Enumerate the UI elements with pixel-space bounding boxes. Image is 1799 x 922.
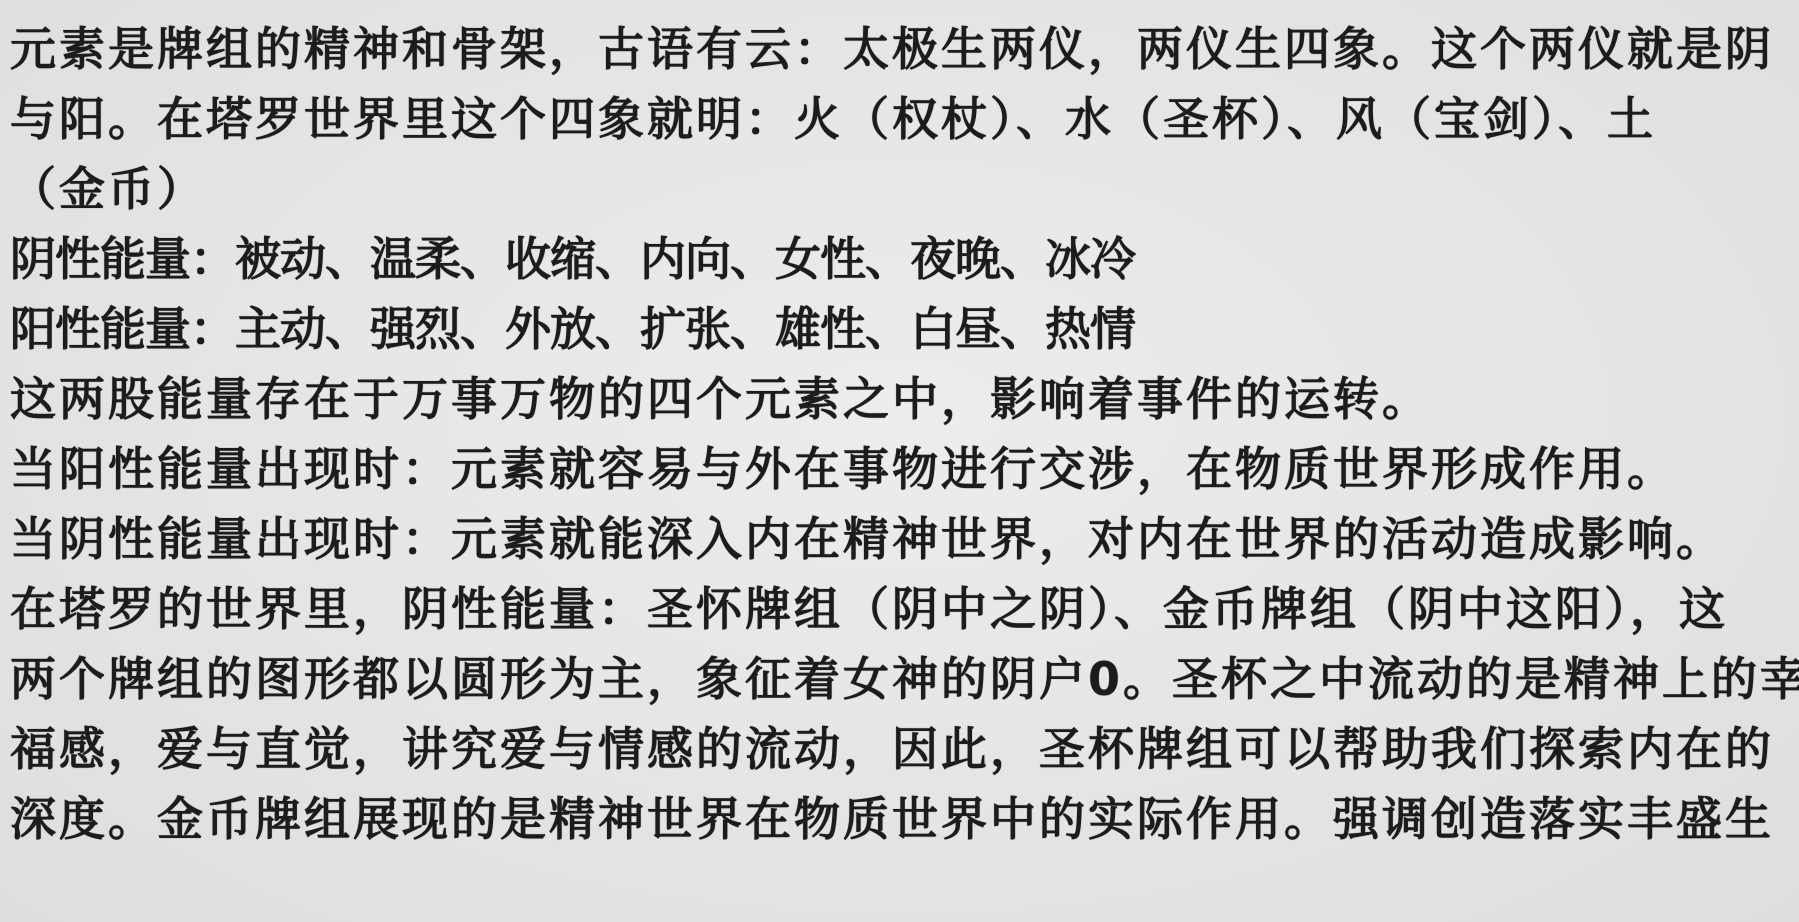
text-line-intro-3: （金币） [10,154,1791,224]
text-line-intro-2: 与阳。在塔罗世界里这个四象就明：火（权杖）、水（圣杯）、风（宝剑）、土 [10,84,1791,154]
text-line-tarot-yin-2: 两个牌组的图形都以圆形为主，象征着女神的阴户0。圣杯之中流动的是精神上的幸 [10,644,1791,714]
text-line-pentacles: 深度。金币牌组展现的是精神世界在物质世界中的实际作用。强调创造落实丰盛生 [10,784,1791,854]
text-line-tarot-yin-1: 在塔罗的世界里，阴性能量：圣怀牌组（阴中之阴）、金币牌组（阴中这阳），这 [10,574,1791,644]
text-line-cups: 福感，爱与直觉，讲究爱与情感的流动，因此，圣杯牌组可以帮助我们探索内在的 [10,714,1791,784]
text-line-yin-energy: 阴性能量：被动、温柔、收缩、内向、女性、夜晚、冰冷 [10,224,1791,294]
text-line-yin-appears: 当阴性能量出现时：元素就能深入内在精神世界，对内在世界的活动造成影响。 [10,504,1791,574]
document-page: 元素是牌组的精神和骨架，古语有云：太极生两仪，两仪生四象。这个两仪就是阴 与阳。… [0,0,1799,922]
text-line-two-energies: 这两股能量存在于万事万物的四个元素之中，影响着事件的运转。 [10,364,1791,434]
text-line-yang-appears: 当阳性能量出现时：元素就容易与外在事物进行交涉，在物质世界形成作用。 [10,434,1791,504]
text-line-yang-energy: 阳性能量：主动、强烈、外放、扩张、雄性、白昼、热情 [10,294,1791,364]
text-line-intro-1: 元素是牌组的精神和骨架，古语有云：太极生两仪，两仪生四象。这个两仪就是阴 [10,14,1791,84]
